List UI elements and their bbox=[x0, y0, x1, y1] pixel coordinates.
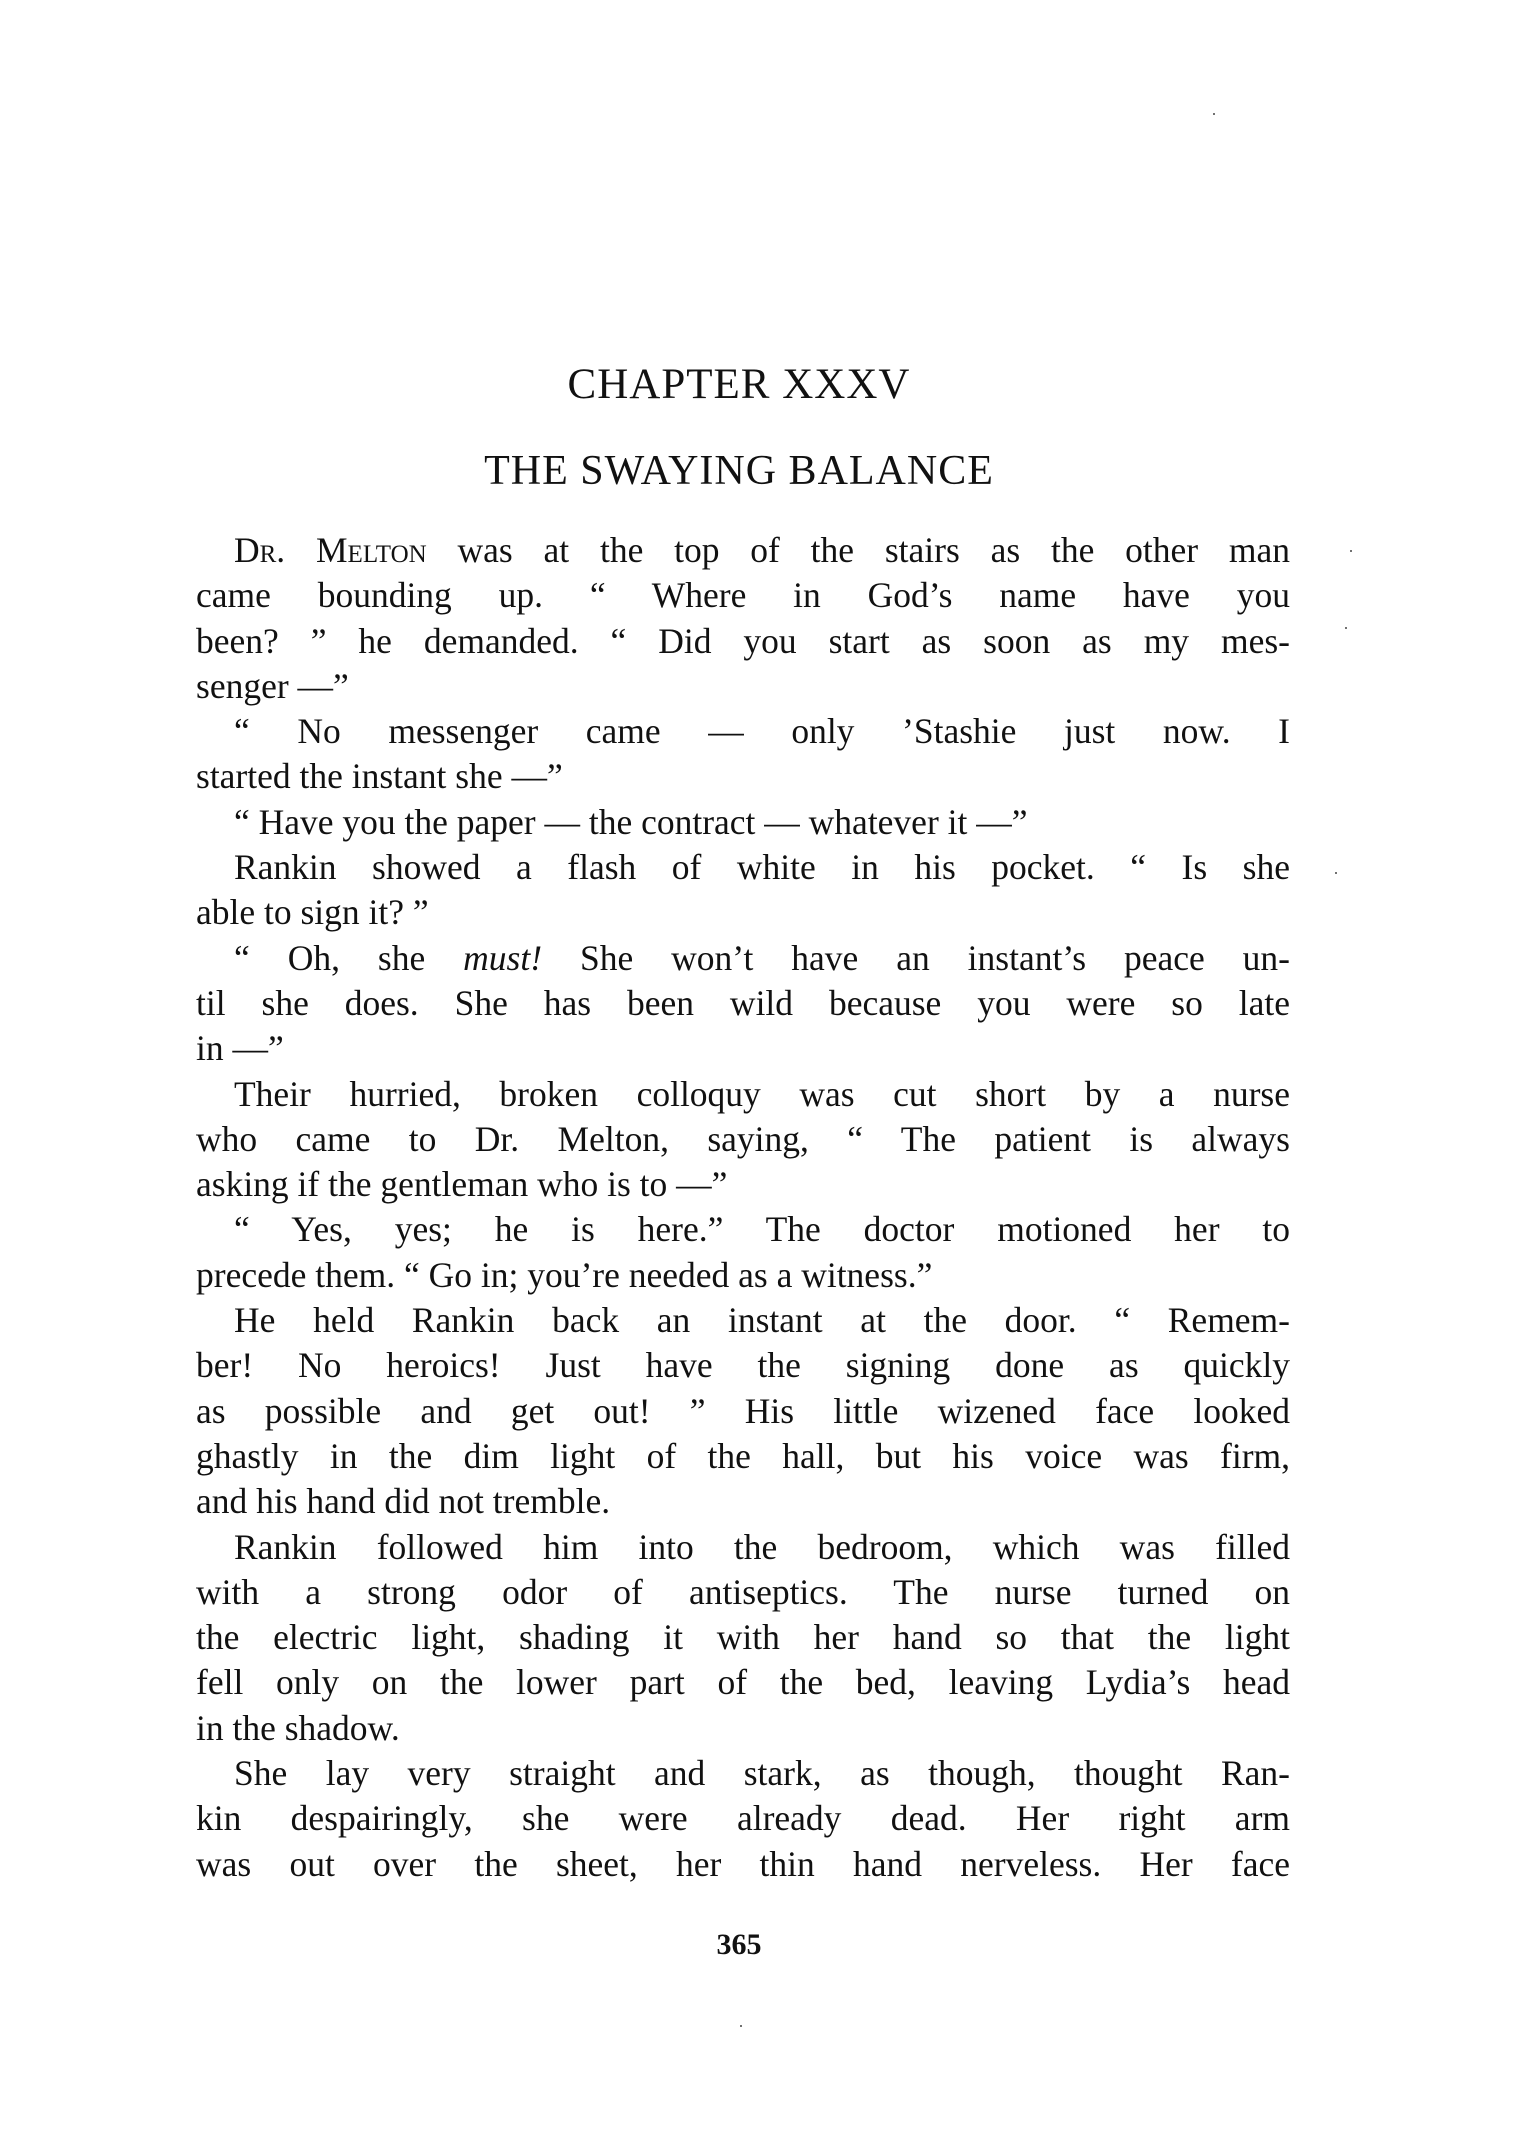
text-segment: precede them. “ Go in; you’re needed as … bbox=[196, 1255, 932, 1295]
text-segment: ber! No heroics! Just have the signing d… bbox=[196, 1345, 1290, 1385]
page-number: 365 bbox=[0, 1928, 1478, 1962]
text-line: as possible and get out! ” His little wi… bbox=[196, 1389, 1290, 1434]
text-line: and his hand did not tremble. bbox=[196, 1479, 1290, 1524]
text-line: fell only on the lower part of the bed, … bbox=[196, 1660, 1290, 1705]
text-segment: in the shadow. bbox=[196, 1708, 400, 1748]
chapter-title-heading: THE SWAYING BALANCE bbox=[0, 447, 1478, 495]
text-segment: with a strong odor of antiseptics. The n… bbox=[196, 1572, 1290, 1612]
text-line: the electric light, shading it with her … bbox=[196, 1615, 1290, 1660]
text-segment: in —” bbox=[196, 1028, 284, 1068]
text-line: started the instant she —” bbox=[196, 754, 1290, 799]
text-segment: Rankin showed a flash of white in his po… bbox=[234, 847, 1290, 887]
text-segment: ghastly in the dim light of the hall, bu… bbox=[196, 1436, 1290, 1476]
text-line: precede them. “ Go in; you’re needed as … bbox=[196, 1253, 1290, 1298]
text-segment: was at the top of the stairs as the othe… bbox=[427, 530, 1290, 570]
chapter-body-text: Dr. Melton was at the top of the stairs … bbox=[196, 528, 1290, 1887]
text-line: til she does. She has been wild because … bbox=[196, 981, 1290, 1026]
scan-speck bbox=[1213, 113, 1215, 115]
text-line: ghastly in the dim light of the hall, bu… bbox=[196, 1434, 1290, 1479]
text-line: She lay very straight and stark, as thou… bbox=[196, 1751, 1290, 1796]
text-line: came bounding up. “ Where in God’s name … bbox=[196, 573, 1290, 618]
text-line: able to sign it? ” bbox=[196, 890, 1290, 935]
text-segment: as possible and get out! ” His little wi… bbox=[196, 1391, 1290, 1431]
text-line: asking if the gentleman who is to —” bbox=[196, 1162, 1290, 1207]
text-line: He held Rankin back an instant at the do… bbox=[196, 1298, 1290, 1343]
text-line: Rankin followed him into the bedroom, wh… bbox=[196, 1525, 1290, 1570]
text-segment: the electric light, shading it with her … bbox=[196, 1617, 1290, 1657]
text-segment: kin despairingly, she were already dead.… bbox=[196, 1798, 1290, 1838]
text-line: been? ” he demanded. “ Did you start as … bbox=[196, 619, 1290, 664]
text-segment: been? ” he demanded. “ Did you start as … bbox=[196, 621, 1290, 661]
text-segment: was out over the sheet, her thin hand ne… bbox=[196, 1844, 1290, 1884]
text-line: in —” bbox=[196, 1026, 1290, 1071]
text-line: ber! No heroics! Just have the signing d… bbox=[196, 1343, 1290, 1388]
text-segment: fell only on the lower part of the bed, … bbox=[196, 1662, 1290, 1702]
text-line: with a strong odor of antiseptics. The n… bbox=[196, 1570, 1290, 1615]
scan-speck bbox=[1350, 550, 1352, 552]
speaker-name-small-caps: Dr. Melton bbox=[234, 530, 427, 570]
text-line: Their hurried, broken colloquy was cut s… bbox=[196, 1072, 1290, 1117]
text-segment: started the instant she —” bbox=[196, 756, 563, 796]
text-segment: She won’t have an instant’s peace un- bbox=[542, 938, 1290, 978]
text-segment: “ Yes, yes; he is here.” The doctor moti… bbox=[234, 1209, 1290, 1249]
emphasis-italic: must! bbox=[463, 938, 542, 978]
text-segment: He held Rankin back an instant at the do… bbox=[234, 1300, 1290, 1340]
text-segment: “ No messenger came — only ’Stashie just… bbox=[234, 711, 1290, 751]
text-segment: til she does. She has been wild because … bbox=[196, 983, 1290, 1023]
text-line: “ Have you the paper — the contract — wh… bbox=[196, 800, 1290, 845]
text-segment: She lay very straight and stark, as thou… bbox=[234, 1753, 1290, 1793]
text-line: was out over the sheet, her thin hand ne… bbox=[196, 1842, 1290, 1887]
text-segment: able to sign it? ” bbox=[196, 892, 429, 932]
text-line: kin despairingly, she were already dead.… bbox=[196, 1796, 1290, 1841]
text-segment: senger —” bbox=[196, 666, 349, 706]
text-segment: “ Have you the paper — the contract — wh… bbox=[234, 802, 1028, 842]
book-page: CHAPTER XXXV THE SWAYING BALANCE Dr. Mel… bbox=[0, 0, 1528, 2132]
chapter-number-heading: CHAPTER XXXV bbox=[0, 360, 1478, 409]
text-line: senger —” bbox=[196, 664, 1290, 709]
scan-speck bbox=[740, 2025, 742, 2027]
text-segment: Rankin followed him into the bedroom, wh… bbox=[234, 1527, 1290, 1567]
scan-speck bbox=[1335, 872, 1337, 874]
scan-speck bbox=[1345, 627, 1347, 629]
text-line: “ No messenger came — only ’Stashie just… bbox=[196, 709, 1290, 754]
text-line: Rankin showed a flash of white in his po… bbox=[196, 845, 1290, 890]
text-line: who came to Dr. Melton, saying, “ The pa… bbox=[196, 1117, 1290, 1162]
text-segment: who came to Dr. Melton, saying, “ The pa… bbox=[196, 1119, 1290, 1159]
text-segment: came bounding up. “ Where in God’s name … bbox=[196, 575, 1290, 615]
text-line: in the shadow. bbox=[196, 1706, 1290, 1751]
text-segment: Their hurried, broken colloquy was cut s… bbox=[234, 1074, 1290, 1114]
text-line: “ Yes, yes; he is here.” The doctor moti… bbox=[196, 1207, 1290, 1252]
text-line: Dr. Melton was at the top of the stairs … bbox=[196, 528, 1290, 573]
text-line: “ Oh, she must! She won’t have an instan… bbox=[196, 936, 1290, 981]
text-segment: and his hand did not tremble. bbox=[196, 1481, 610, 1521]
text-segment: “ Oh, she bbox=[234, 938, 463, 978]
text-segment: asking if the gentleman who is to —” bbox=[196, 1164, 727, 1204]
